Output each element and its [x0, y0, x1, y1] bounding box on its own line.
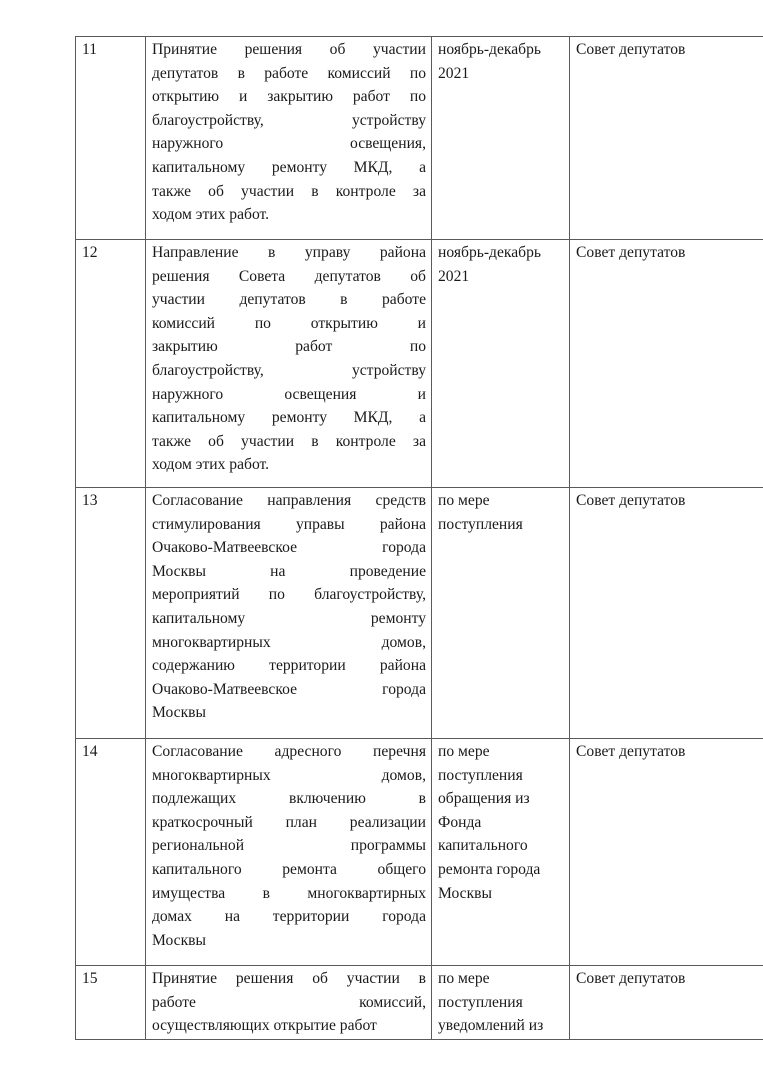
text-line: капитальному ремонту МКД, а [152, 406, 426, 430]
text-line: Согласование направления средств [152, 489, 426, 513]
row-number: 11 [76, 37, 146, 240]
responsible: Совет депутатов [570, 240, 763, 488]
text-line: благоустройству, устройству [152, 109, 426, 133]
event-description: Согласование направления средствстимулир… [146, 488, 432, 739]
text-line: Принятие решения об участии [152, 38, 426, 62]
responsible: Совет депутатов [570, 37, 763, 240]
text-line: Очаково-Матвеевское города [152, 536, 426, 560]
event-description: Согласование адресного перечнямногокварт… [146, 739, 432, 966]
text-line: домах на территории города [152, 905, 426, 929]
event-description: Принятие решения об участиидепутатов в р… [146, 37, 432, 240]
text-line: поступления [438, 991, 564, 1015]
text-line: поступления [438, 513, 564, 537]
responsible: Совет депутатов [570, 488, 763, 739]
text-line: мероприятий по благоустройству, [152, 583, 426, 607]
text-line: ходом этих работ. [152, 203, 426, 227]
row-number: 12 [76, 240, 146, 488]
document-page: 11 Принятие решения об участиидепутатов … [0, 0, 763, 1078]
deadline: по мерепоступленияобращения изФондакапит… [432, 739, 570, 966]
table-row: 15 Принятие решения об участии вработе к… [76, 966, 763, 1040]
text-line: осуществляющих открытие работ [152, 1014, 426, 1038]
text-line: депутатов в работе комиссий по [152, 62, 426, 86]
event-description: Принятие решения об участии вработе коми… [146, 966, 432, 1040]
text-line: капитальному ремонту [152, 607, 426, 631]
text-line: ноябрь-декабрь [438, 38, 564, 62]
text-line: ноябрь-декабрь [438, 241, 564, 265]
text-line: наружного освещения, [152, 132, 426, 156]
text-line: Очаково-Матвеевское города [152, 678, 426, 702]
responsible: Совет депутатов [570, 739, 763, 966]
table-row: 11 Принятие решения об участиидепутатов … [76, 37, 763, 240]
text-line: капитальному ремонту МКД, а [152, 156, 426, 180]
table-row: 12 Направление в управу районарешения Со… [76, 240, 763, 488]
text-line: краткосрочный план реализации [152, 811, 426, 835]
text-line: ремонта города [438, 858, 564, 882]
deadline: по мерепоступленияуведомлений из [432, 966, 570, 1040]
text-line: также об участии в контроле за [152, 180, 426, 204]
row-number: 14 [76, 739, 146, 966]
text-line: по мере [438, 489, 564, 513]
table-row: 13 Согласование направления средствстиму… [76, 488, 763, 739]
text-line: Москвы [152, 701, 426, 725]
text-line: Направление в управу района [152, 241, 426, 265]
text-line: благоустройству, устройству [152, 359, 426, 383]
text-line: поступления [438, 764, 564, 788]
text-line: открытию и закрытию работ по [152, 85, 426, 109]
text-line: комиссий по открытию и [152, 312, 426, 336]
text-line: региональной программы [152, 834, 426, 858]
text-line: 2021 [438, 265, 564, 289]
deadline: по мерепоступления [432, 488, 570, 739]
text-line: содержанию территории района [152, 654, 426, 678]
table-row: 14 Согласование адресного перечнямногокв… [76, 739, 763, 966]
text-line: решения Совета депутатов об [152, 265, 426, 289]
text-line: работе комиссий, [152, 991, 426, 1015]
text-line: имущества в многоквартирных [152, 882, 426, 906]
text-line: по мере [438, 967, 564, 991]
text-line: Принятие решения об участии в [152, 967, 426, 991]
text-line: обращения из [438, 787, 564, 811]
text-line: 2021 [438, 62, 564, 86]
text-line: Согласование адресного перечня [152, 740, 426, 764]
text-line: уведомлений из [438, 1014, 564, 1038]
text-line: Москвы на проведение [152, 560, 426, 584]
deadline: ноябрь-декабрь2021 [432, 37, 570, 240]
text-line: Москвы [152, 929, 426, 953]
text-line: стимулирования управы района [152, 513, 426, 537]
text-line: Фонда [438, 811, 564, 835]
text-line: подлежащих включению в [152, 787, 426, 811]
text-line: многоквартирных домов, [152, 764, 426, 788]
table-body: 11 Принятие решения об участиидепутатов … [76, 37, 763, 1040]
text-line: Москвы [438, 882, 564, 906]
text-line: по мере [438, 740, 564, 764]
event-description: Направление в управу районарешения Совет… [146, 240, 432, 488]
deadline: ноябрь-декабрь2021 [432, 240, 570, 488]
text-line: ходом этих работ. [152, 453, 426, 477]
text-line: также об участии в контроле за [152, 430, 426, 454]
text-line: закрытию работ по [152, 335, 426, 359]
responsible: Совет депутатов [570, 966, 763, 1040]
text-line: капитального ремонта общего [152, 858, 426, 882]
text-line: наружного освещения и [152, 383, 426, 407]
text-line: участии депутатов в работе [152, 288, 426, 312]
text-line: многоквартирных домов, [152, 631, 426, 655]
row-number: 15 [76, 966, 146, 1040]
row-number: 13 [76, 488, 146, 739]
work-plan-table: 11 Принятие решения об участиидепутатов … [75, 36, 763, 1040]
text-line: капитального [438, 834, 564, 858]
